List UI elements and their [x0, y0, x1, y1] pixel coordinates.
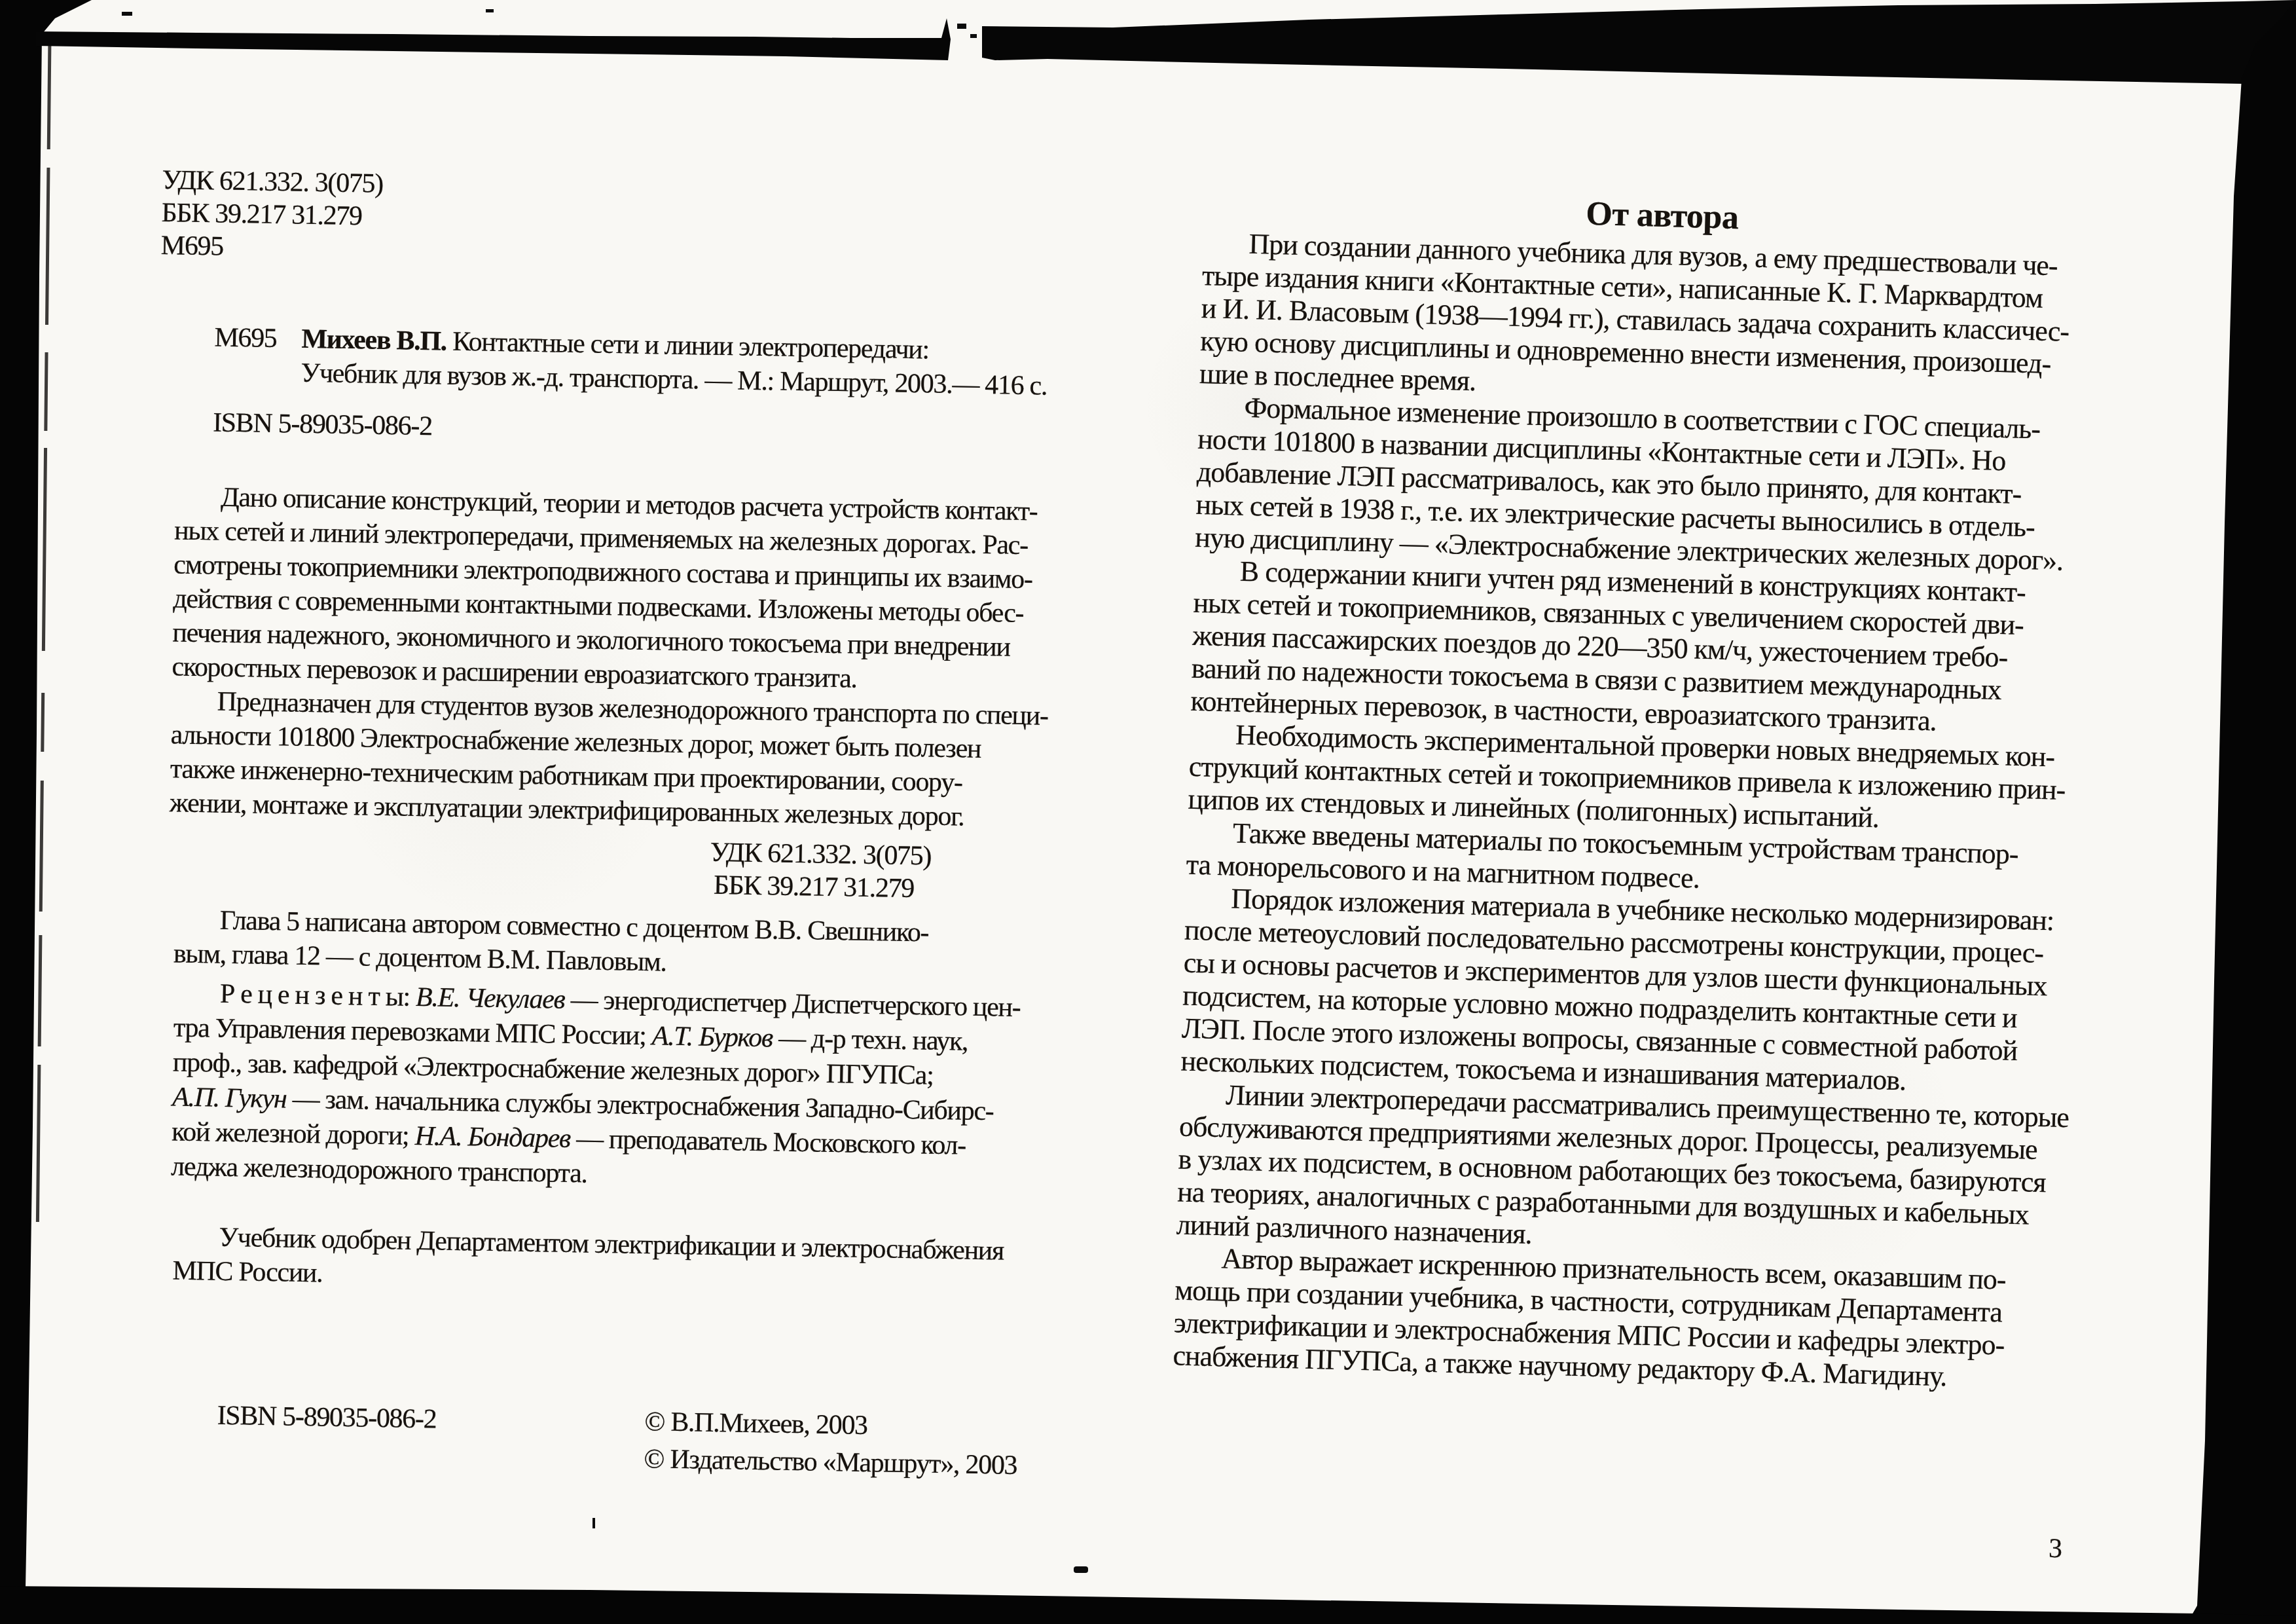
isbn-bottom-text: ISBN 5-89035-086-2: [217, 1399, 437, 1437]
isbn-bottom: ISBN 5-89035-086-2: [217, 1399, 437, 1437]
author-code: М695: [160, 229, 382, 266]
author-preface-body: При создании данного учебника для вузов,…: [1173, 227, 2120, 1397]
bbk-mid-number: ББК 39.217 31.279: [709, 869, 930, 906]
udk-number: УДК 621.332. 3(075): [162, 164, 383, 200]
bib-entry: Михеев В.П. Контактные сети и линии элек…: [301, 322, 1048, 403]
reviewer-text: леджа железнодорожного транспорта.: [171, 1151, 587, 1189]
isbn-top-text: ISBN 5-89035-086-2: [213, 405, 433, 443]
reviewers-block: Р е ц е н з е н т ы: В.Е. Чекулаев — эне…: [171, 976, 1021, 1200]
reviewer-role: — энергодиспетчер Диспетчерского цен-: [564, 985, 1021, 1023]
reviewer-name: А.П. Гукун: [172, 1082, 287, 1114]
copyright-publisher: © Издательство «Маршрут», 2003: [644, 1441, 1017, 1485]
bbk-number: ББК 39.217 31.279: [161, 196, 382, 233]
bib-entry-code: М695: [214, 320, 277, 356]
annotation-block: Дано описание конструкций, теории и мето…: [170, 479, 1052, 835]
isbn-top: ISBN 5-89035-086-2: [213, 405, 433, 443]
bib-author: Михеев В.П.: [301, 324, 446, 357]
left-border-shadow: [0, 0, 92, 1624]
udk-top-block: УДК 621.332. 3(075) ББК 39.217 31.279 М6…: [160, 164, 383, 266]
left-page: УДК 621.332. 3(075) ББК 39.217 31.279 М6…: [162, 164, 1099, 180]
reviewer-text: тра Управления перевозками МПС России;: [173, 1013, 653, 1052]
copyright-author: © В.П.Михеев, 2003: [644, 1403, 1018, 1447]
page-number: 3: [2048, 1533, 2062, 1565]
bib-code: М695: [214, 320, 277, 356]
scan-speck: [1074, 1566, 1088, 1573]
left-page-edge-line: [37, 38, 50, 1247]
chapter-note-block: Глава 5 написана автором совместно с доц…: [173, 902, 928, 984]
scanned-book-spread: УДК 621.332. 3(075) ББК 39.217 31.279 М6…: [0, 0, 2296, 1624]
right-border-shadow: [2187, 0, 2296, 1624]
copyright-block: © В.П.Михеев, 2003 © Издательство «Маршр…: [644, 1403, 1018, 1485]
reviewer-text: кой железной дороги;: [172, 1116, 415, 1151]
udk-mid-block: УДК 621.332. 3(075) ББК 39.217 31.279: [709, 836, 931, 906]
bottom-border-shadow: [0, 1586, 2296, 1624]
reviewer-name: В.Е. Чекулаев: [416, 982, 565, 1015]
reviewer-role: — преподаватель Московского кол-: [570, 1124, 966, 1161]
reviewer-name: Н.А. Бондарев: [414, 1121, 570, 1154]
reviewers-label: Р е ц е н з е н т ы:: [219, 979, 416, 1012]
top-band-left: [36, 18, 951, 60]
approval-block: Учебник одобрен Департаментом электрифик…: [172, 1220, 1004, 1302]
udk-mid-number: УДК 621.332. 3(075): [710, 836, 931, 873]
scan-speck: [592, 1518, 595, 1528]
top-band-right: [982, 0, 2296, 86]
reviewer-role: — д-р техн. наук,: [773, 1023, 968, 1056]
reviewer-name: А.Т. Бурков: [651, 1021, 773, 1053]
right-page: От автора При создании данного учебника …: [1205, 183, 2121, 208]
